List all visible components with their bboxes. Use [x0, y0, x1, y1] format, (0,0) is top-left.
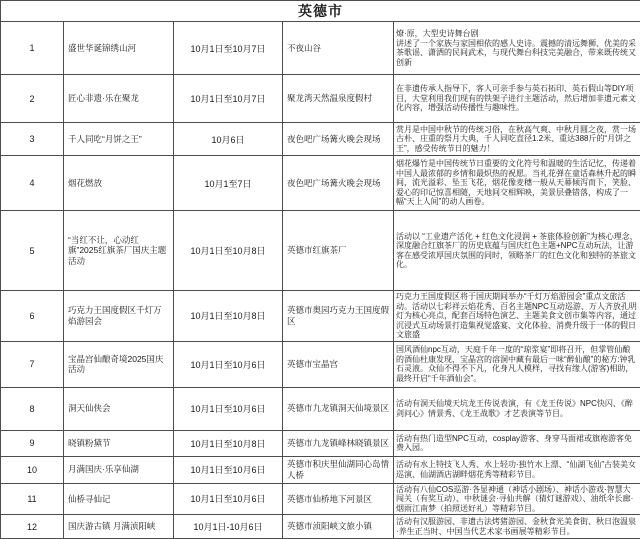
- cell-venue: 聚龙湾天然温泉度假村: [283, 75, 394, 123]
- table-row: 11 仙桥寻仙记 10月1日至10月6日 英德市仙桥地下河景区 活动有八仙COS…: [1, 483, 640, 515]
- table-row: 4 烟花燃放 10月1至7日 夜色吧广场篝火晚会现场 烟花爆竹是中国传统节日重要…: [1, 156, 640, 211]
- cell-venue: 英德市积庆里仙湖同心岛情人桥: [283, 456, 394, 483]
- cell-venue: 夜色吧广场篝火晚会现场: [283, 156, 394, 211]
- title-row: 英德市: [1, 1, 640, 22]
- cell-number: 11: [1, 483, 64, 515]
- events-table: 英德市 1 盛世华诞锦绣山河 10月1日至10月7日 不夜山谷 燎·原，大型史诗…: [0, 0, 640, 539]
- document-sheet: 英德市 1 盛世华诞锦绣山河 10月1日至10月7日 不夜山谷 燎·原，大型史诗…: [0, 0, 640, 539]
- cell-date: 10月1日至10月6日: [174, 341, 283, 387]
- cell-number: 5: [1, 211, 64, 291]
- table-row: 5 “当红不让，心动红旗”2025红旗茶厂国庆主题活动 10月1日至10月8日 …: [1, 211, 640, 291]
- cell-description: 国风酒仙npc互动，天庭千年一度的“琼浆宴”即将召开，但掌管仙酿的酒仙杜康发现，…: [394, 341, 640, 387]
- cell-number: 8: [1, 387, 64, 430]
- cell-description: 巧克力王国度假区将于国庆期间举办“千灯万焰游园会”重点文旅活动。活动以七彩祥云焰…: [394, 291, 640, 342]
- cell-venue: 英德市九龙镇洞天仙境景区: [283, 387, 394, 430]
- cell-event-name: 月满国庆·乐享仙湖: [64, 456, 174, 483]
- cell-description: 活动有热门造型NPC互动，cosplay游客、身穿马面裙或旗袍游客免费入园。: [394, 430, 640, 456]
- cell-date: 10月1日至10月7日: [174, 22, 283, 75]
- table-row: 3 千人同吃“月饼之王” 10月6日 夜色吧广场篝火晚会现场 赏月是中国中秋节的…: [1, 123, 640, 156]
- cell-date: 10月1日至10月7日: [174, 75, 283, 123]
- cell-date: 10月1日至10月8日: [174, 291, 283, 342]
- cell-number: 3: [1, 123, 64, 156]
- cell-number: 6: [1, 291, 64, 342]
- cell-event-name: 匠心非遗·乐在聚龙: [64, 75, 174, 123]
- cell-event-name: 千人同吃“月饼之王”: [64, 123, 174, 156]
- cell-description: 活动有水上特技飞人秀、水上轻功·独竹水上漂、“仙湖飞仙”古装美女巡演、仙湖酒店湖…: [394, 456, 640, 483]
- cell-event-name: 烟花燃放: [64, 156, 174, 211]
- cell-venue: 夜色吧广场篝火晚会现场: [283, 123, 394, 156]
- table-row: 9 晓镇粉黛节 10月1日至10月8日 英德市九龙镇峰林晓镇景区 活动有热门造型…: [1, 430, 640, 456]
- cell-event-name: “当红不让，心动红旗”2025红旗茶厂国庆主题活动: [64, 211, 174, 291]
- table-row: 1 盛世华诞锦绣山河 10月1日至10月7日 不夜山谷 燎·原，大型史诗舞台剧 …: [1, 22, 640, 75]
- table-row: 10 月满国庆·乐享仙湖 10月1日至10月6日 英德市积庆里仙湖同心岛情人桥 …: [1, 456, 640, 483]
- cell-number: 10: [1, 456, 64, 483]
- cell-description: 烟花爆竹是中国传统节日重要的文化符号和温暖的生活记忆，传递着中国人最浓郁的乡情和…: [394, 156, 640, 211]
- cell-venue: 英德市仙桥地下河景区: [283, 483, 394, 515]
- cell-event-name: 宝晶宫仙酿奇境2025国庆活动: [64, 341, 174, 387]
- table-row: 7 宝晶宫仙酿奇境2025国庆活动 10月1日至10月6日 英德市宝晶宫 国风酒…: [1, 341, 640, 387]
- cell-description: 活动以 “工业遗产活化 + 红色文化浸润 + 茶旅体验创新”为核心理念，深度融合…: [394, 211, 640, 291]
- cell-description: 活动有八仙COS巡游·各显神通（神话小剧场）、神话小游戏·智慧大闯关（有奖互动）…: [394, 483, 640, 515]
- cell-venue: 英德市红旗茶厂: [283, 211, 394, 291]
- cell-number: 2: [1, 75, 64, 123]
- cell-description: 赏月是中国中秋节的传统习俗，在秋高气爽、中秋月圆之夜，赏一场古朴、庄重的祭月大典…: [394, 123, 640, 156]
- cell-date: 10月1日-10月6日: [174, 515, 283, 539]
- table-row: 8 洞天仙侠会 10月1日至10月6日 英德市九龙镇洞天仙境景区 活动有洞天仙境…: [1, 387, 640, 430]
- cell-venue: 不夜山谷: [283, 22, 394, 75]
- table-row: 6 巧克力王国度假区千灯万焰游园会 10月1日至10月8日 英德市奥园巧克力王国…: [1, 291, 640, 342]
- cell-event-name: 巧克力王国度假区千灯万焰游园会: [64, 291, 174, 342]
- cell-number: 1: [1, 22, 64, 75]
- cell-event-name: 晓镇粉黛节: [64, 430, 174, 456]
- cell-description: 活动有汉服游园、非遗古法烤猪游园、金秋食光美食街、秋日泡温泉·养生正当时、中国当…: [394, 515, 640, 539]
- cell-date: 10月1日至10月8日: [174, 430, 283, 456]
- cell-date: 10月1日至10月6日: [174, 387, 283, 430]
- cell-date: 10月1日至10月6日: [174, 483, 283, 515]
- cell-event-name: 盛世华诞锦绣山河: [64, 22, 174, 75]
- cell-event-name: 仙桥寻仙记: [64, 483, 174, 515]
- cell-event-name: 洞天仙侠会: [64, 387, 174, 430]
- cell-venue: 英德市奥园巧克力王国度假区: [283, 291, 394, 342]
- cell-event-name: 国庆游古镇 月满浈阳峡: [64, 515, 174, 539]
- cell-date: 10月1至7日: [174, 156, 283, 211]
- cell-number: 12: [1, 515, 64, 539]
- cell-date: 10月6日: [174, 123, 283, 156]
- cell-number: 7: [1, 341, 64, 387]
- cell-date: 10月1日至10月6日: [174, 456, 283, 483]
- table-row: 12 国庆游古镇 月满浈阳峡 10月1日-10月6日 英德市浈阳峡文旅小镇 活动…: [1, 515, 640, 539]
- cell-date: 10月1日至10月8日: [174, 211, 283, 291]
- cell-venue: 英德市宝晶宫: [283, 341, 394, 387]
- table-row: 2 匠心非遗·乐在聚龙 10月1日至10月7日 聚龙湾天然温泉度假村 在非遗传承…: [1, 75, 640, 123]
- cell-venue: 英德市九龙镇峰林晓镇景区: [283, 430, 394, 456]
- cell-number: 9: [1, 430, 64, 456]
- cell-description: 活动有洞天仙境天坑龙王传说表演，有《龙王传说》NPC快闪、《醉剑问心》情景秀、《…: [394, 387, 640, 430]
- cell-description: 在非遗传承人指导下，客人可亲手参与英石拓印、英石假山等DIY项目，大堂利用我们现…: [394, 75, 640, 123]
- cell-description: 燎·原，大型史诗舞台剧 讲述了一个家族与家国相依的感人史诗。震撼的清远舞狮、优美…: [394, 22, 640, 75]
- page-title: 英德市: [1, 1, 640, 22]
- cell-number: 4: [1, 156, 64, 211]
- cell-venue: 英德市浈阳峡文旅小镇: [283, 515, 394, 539]
